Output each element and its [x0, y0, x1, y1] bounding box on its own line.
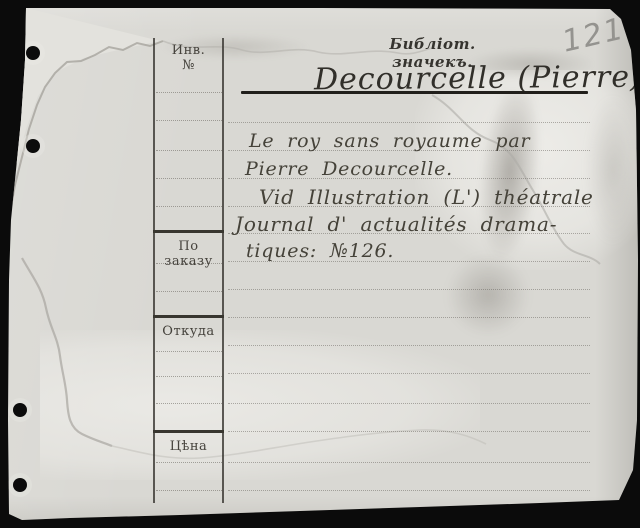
field-label-inventory: Инв. № — [153, 44, 224, 74]
torn-edge-top-left — [11, 41, 163, 207]
column-rule — [156, 291, 222, 292]
writing-rule — [228, 462, 590, 463]
writing-rule — [228, 122, 590, 123]
writing-rule — [228, 289, 590, 290]
writing-rule — [228, 373, 590, 374]
punch-hole — [26, 139, 40, 153]
field-label-origin: Откуда — [153, 325, 224, 340]
catalog-card-page: Инв. № По заказу Откуда Цѣна Библіот. зн… — [0, 0, 640, 528]
entry-line-1: Le roy sans royaume par — [249, 130, 530, 152]
writing-rule — [228, 431, 590, 432]
title-underline — [241, 91, 588, 94]
column-rule — [156, 92, 222, 93]
column-rule — [156, 376, 222, 377]
column-rule — [156, 351, 222, 352]
field-label-price: Цѣна — [153, 440, 224, 455]
stain-edge-right — [432, 95, 600, 264]
entry-line-5: tiques: №126. — [246, 240, 394, 262]
writing-rule — [228, 317, 590, 318]
column-rule — [156, 150, 222, 151]
section-divider — [153, 230, 224, 233]
punch-hole — [26, 46, 40, 60]
column-rule — [156, 206, 222, 207]
writing-rule — [228, 403, 590, 404]
torn-edge-left — [22, 258, 112, 446]
writing-rule — [228, 345, 590, 346]
column-rule — [156, 403, 222, 404]
column-rule — [156, 490, 222, 491]
column-rule — [156, 178, 222, 179]
entry-line-2: Pierre Decourcelle. — [245, 158, 453, 180]
punch-hole — [13, 403, 27, 417]
column-rule — [156, 462, 222, 463]
inventory-label-line1: Инв. — [172, 43, 205, 58]
field-label-by-order: По заказу — [153, 240, 224, 270]
entry-line-4: Journal d' actualités drama- — [235, 212, 557, 236]
inventory-label-line2: № — [182, 58, 195, 73]
punch-hole — [13, 478, 27, 492]
table-vertical-line-right — [222, 38, 224, 503]
section-divider — [153, 315, 224, 318]
section-divider — [153, 430, 224, 433]
scanned-catalog-card: Инв. № По заказу Откуда Цѣна Библіот. зн… — [0, 0, 640, 528]
entry-line-3: Vid Illustration (L') théatrale — [259, 185, 594, 209]
writing-rule — [228, 490, 590, 491]
table-vertical-line-left — [153, 38, 155, 503]
column-rule — [156, 120, 222, 121]
